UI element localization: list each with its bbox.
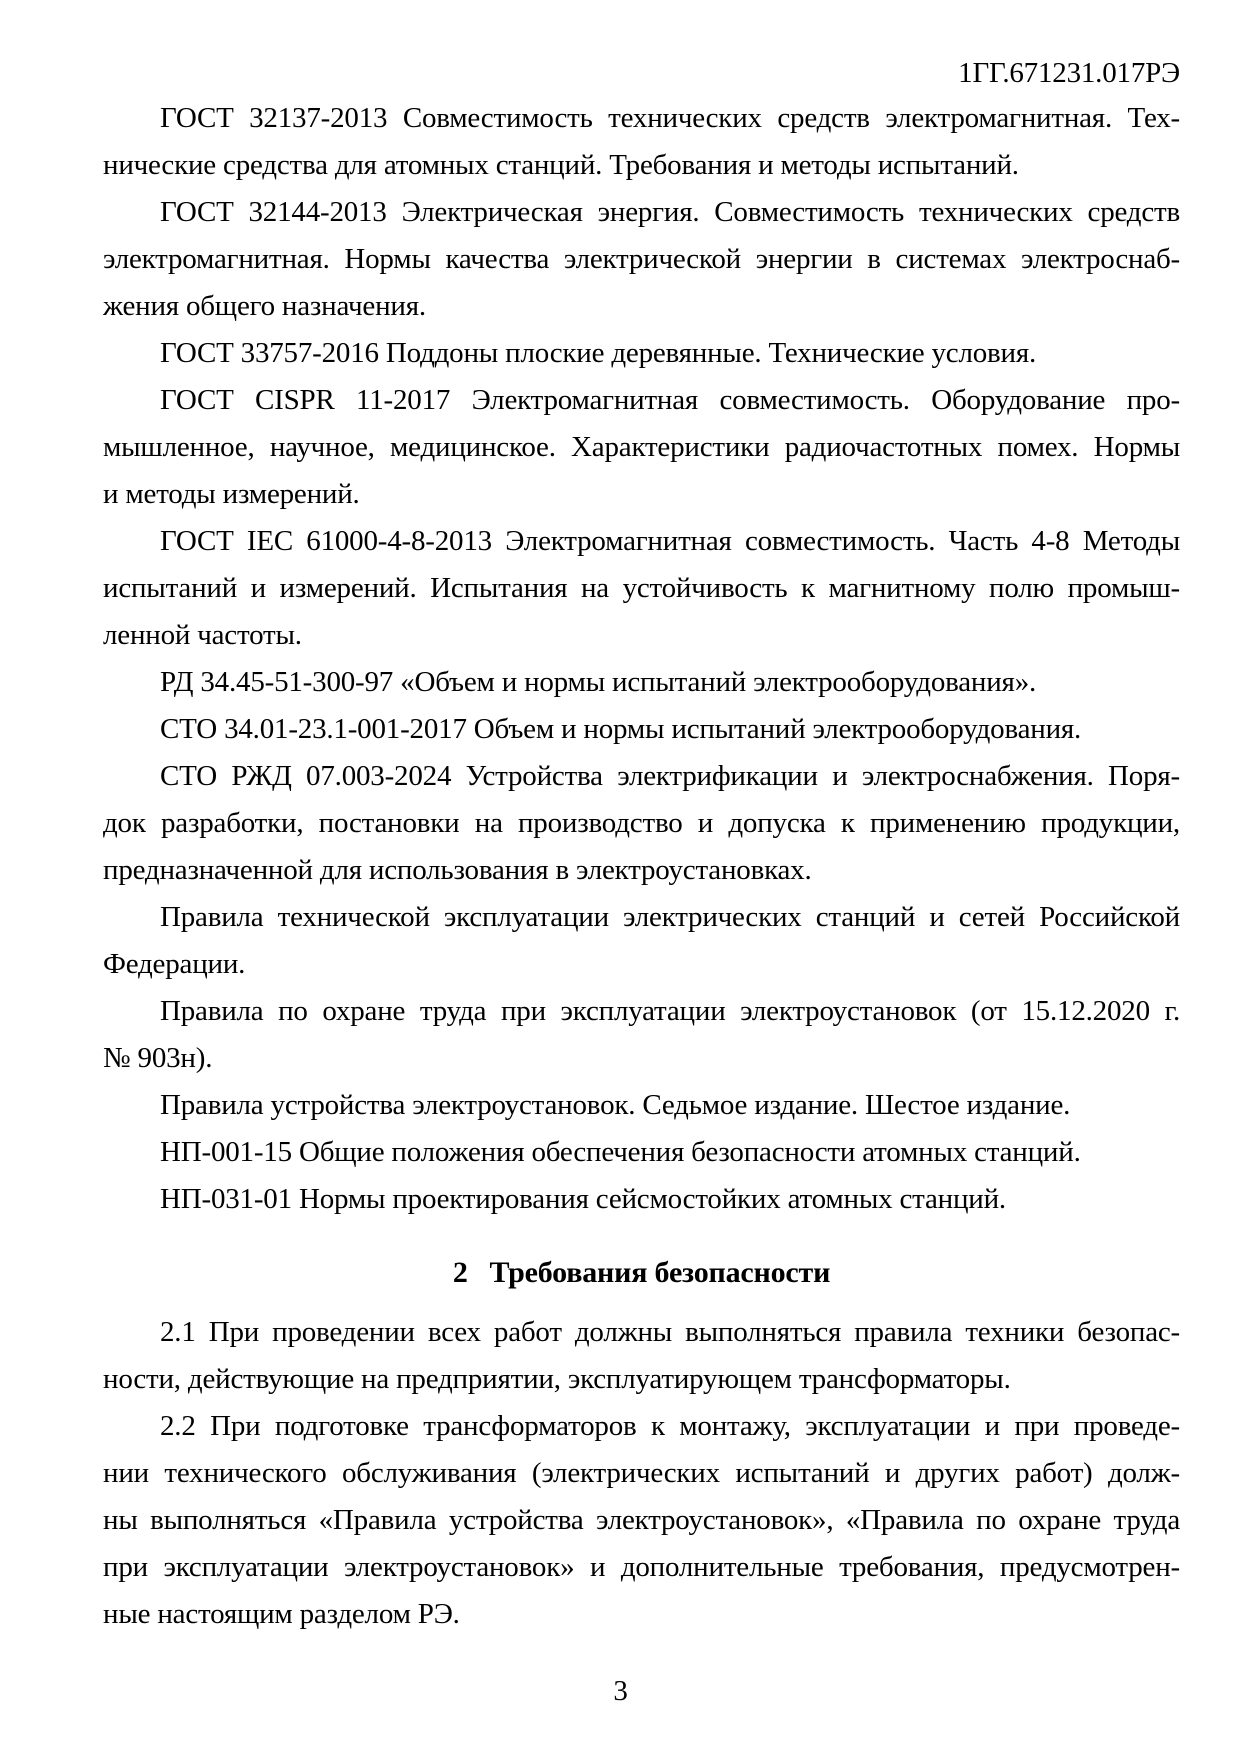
text-line: Правила по охране труда при эксплуатации… <box>103 988 1180 1035</box>
text-line: СТО 34.01-23.1-001-2017 Объем и нормы ис… <box>103 706 1180 753</box>
text-line: и методы измерений. <box>103 471 1180 518</box>
text-line: предназначенной для использования в элек… <box>103 847 1180 894</box>
text-line: мышленное, научное, медицинское. Характе… <box>103 424 1180 471</box>
paragraph: НП-001-15 Общие положения обеспечения бе… <box>103 1129 1180 1176</box>
text-line: Правила технической эксплуатации электри… <box>103 894 1180 941</box>
paragraph: ГОСТ IEC 61000-4-8-2013 Электромагнитная… <box>103 518 1180 659</box>
paragraph: 2.2 При подготовке трансформаторов к мон… <box>103 1403 1180 1638</box>
text-line: жения общего назначения. <box>103 283 1180 330</box>
text-line: № 903н). <box>103 1035 1180 1082</box>
text-line: РД 34.45-51-300-97 «Объем и нормы испыта… <box>103 659 1180 706</box>
page-number: 3 <box>0 1668 1241 1715</box>
paragraph: ГОСТ 32137-2013 Совместимость технически… <box>103 95 1180 189</box>
paragraph: СТО 34.01-23.1-001-2017 Объем и нормы ис… <box>103 706 1180 753</box>
text-line: ГОСТ 32144-2013 Электрическая энергия. С… <box>103 189 1180 236</box>
doc-number: 1ГГ.671231.017РЭ <box>103 50 1180 97</box>
paragraph: Правила устройства электроустановок. Сед… <box>103 1082 1180 1129</box>
paragraph: ГОСТ CISPR 11-2017 Электромагнитная совм… <box>103 377 1180 518</box>
paragraph: ГОСТ 32144-2013 Электрическая энергия. С… <box>103 189 1180 330</box>
text-line: нические средства для атомных станций. Т… <box>103 142 1180 189</box>
text-line: СТО РЖД 07.003-2024 Устройства электрифи… <box>103 753 1180 800</box>
text-line: ленной частоты. <box>103 612 1180 659</box>
text-line: 2.1 При проведении всех работ должны вып… <box>103 1309 1180 1356</box>
paragraph: РД 34.45-51-300-97 «Объем и нормы испыта… <box>103 659 1180 706</box>
text-line: НП-001-15 Общие положения обеспечения бе… <box>103 1129 1180 1176</box>
text-line: НП-031-01 Нормы проектирования сейсмосто… <box>103 1176 1180 1223</box>
text-line: док разработки, постановки на производст… <box>103 800 1180 847</box>
text-line: ны выполняться «Правила устройства элект… <box>103 1497 1180 1544</box>
paragraph: Правила технической эксплуатации электри… <box>103 894 1180 988</box>
text-line: ГОСТ CISPR 11-2017 Электромагнитная совм… <box>103 377 1180 424</box>
text-line: ГОСТ 32137-2013 Совместимость технически… <box>103 95 1180 142</box>
text-line: ности, действующие на предприятии, экспл… <box>103 1356 1180 1403</box>
text-line: ные настоящим разделом РЭ. <box>103 1591 1180 1638</box>
text-line: электромагнитная. Нормы качества электри… <box>103 236 1180 283</box>
document-body: ГОСТ 32137-2013 Совместимость технически… <box>103 95 1180 1638</box>
paragraph: Правила по охране труда при эксплуатации… <box>103 988 1180 1082</box>
paragraph: ГОСТ 33757-2016 Поддоны плоские деревянн… <box>103 330 1180 377</box>
text-line: 2.2 При подготовке трансформаторов к мон… <box>103 1403 1180 1450</box>
text-line: ГОСТ IEC 61000-4-8-2013 Электромагнитная… <box>103 518 1180 565</box>
text-line: нии технического обслуживания (электриче… <box>103 1450 1180 1497</box>
text-line: Федерации. <box>103 941 1180 988</box>
text-line: Правила устройства электроустановок. Сед… <box>103 1082 1180 1129</box>
text-line: ГОСТ 33757-2016 Поддоны плоские деревянн… <box>103 330 1180 377</box>
paragraph: НП-031-01 Нормы проектирования сейсмосто… <box>103 1176 1180 1223</box>
paragraph: СТО РЖД 07.003-2024 Устройства электрифи… <box>103 753 1180 894</box>
text-line: испытаний и измерений. Испытания на усто… <box>103 565 1180 612</box>
paragraph: 2.1 При проведении всех работ должны вып… <box>103 1309 1180 1403</box>
document-page: 1ГГ.671231.017РЭ ГОСТ 32137-2013 Совмест… <box>0 0 1241 1755</box>
text-line: при эксплуатации электроустановок» и доп… <box>103 1544 1180 1591</box>
section-heading: 2 Требования безопасности <box>103 1249 1180 1296</box>
